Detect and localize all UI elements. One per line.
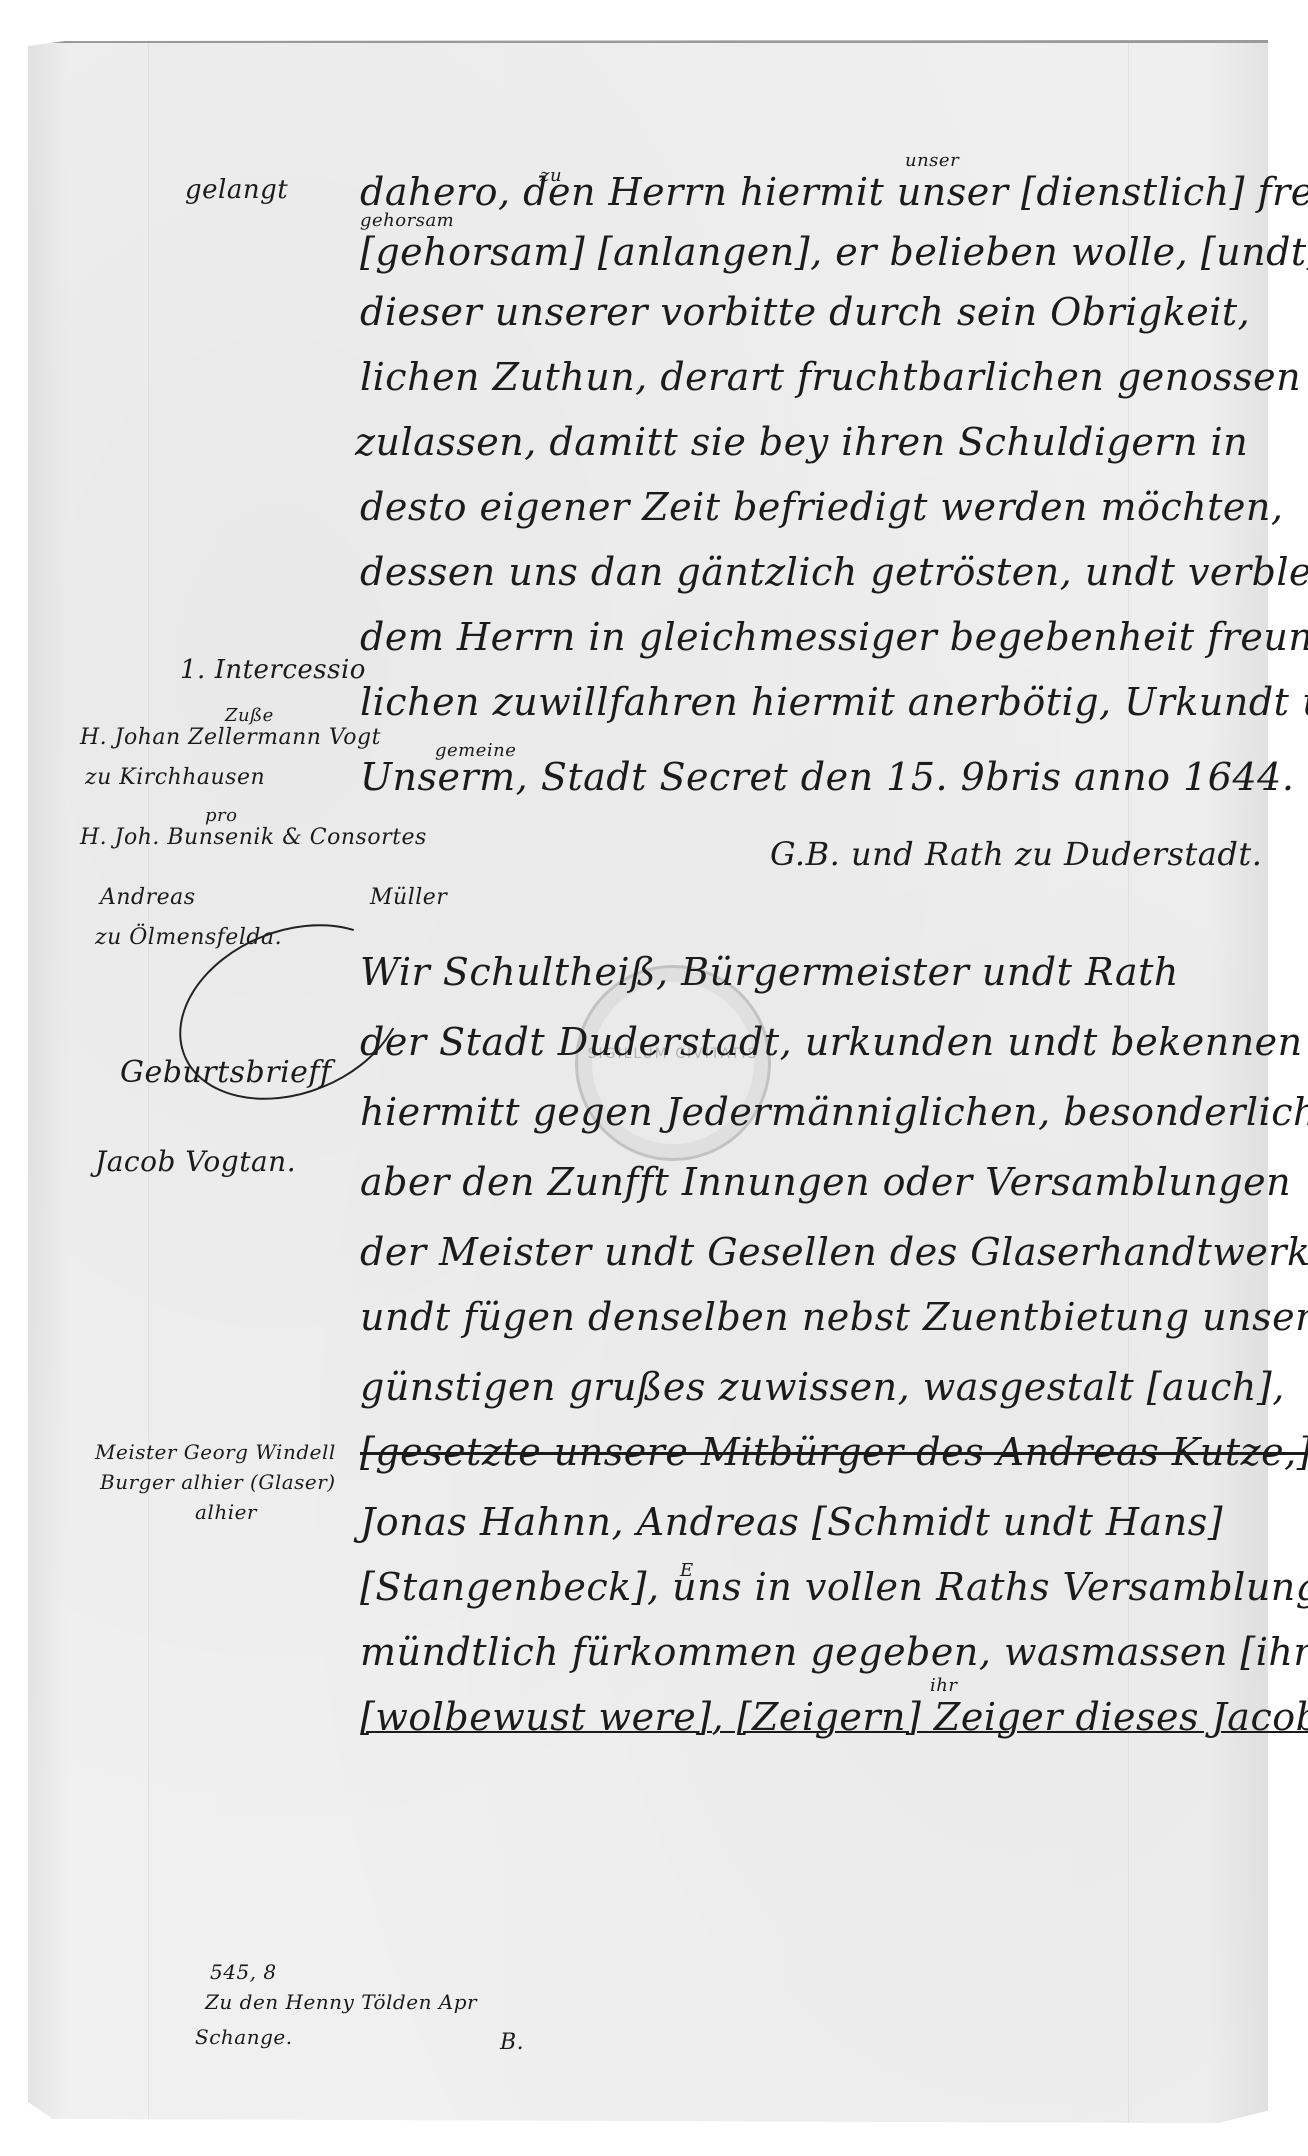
interlinear-insert: ihr — [930, 1675, 957, 1696]
text-line: [gehorsam] [anlangen], er belieben wolle… — [360, 230, 1308, 274]
text-line: mündtlich fürkommen gegeben, wasmassen [… — [360, 1630, 1308, 1674]
text-line: Unserm, Stadt Secret den 15. 9bris anno … — [360, 755, 1294, 799]
margin-note: Jacob Vogtan. — [95, 1145, 296, 1178]
text-line: dahero, den Herrn hiermit unser [dienstl… — [360, 170, 1308, 214]
text-line: dem Herrn in gleichmessiger begebenheit … — [360, 615, 1308, 659]
text-line-struck: [gesetzte unsere Mitbürger des Andreas K… — [360, 1430, 1308, 1474]
signature-line: G.B. und Rath zu Duderstadt. — [770, 835, 1262, 873]
margin-note: gelangt — [185, 175, 288, 205]
margin-note: Andreas — [100, 885, 196, 910]
margin-note: Burger alhier (Glaser) — [100, 1470, 336, 1494]
text-line: [Stangenbeck], uns in vollen Raths Versa… — [360, 1565, 1308, 1609]
text-line: Wir Schultheiß, Bürgermeister undt Rath — [360, 950, 1179, 994]
text-line: zulassen, damitt sie bey ihren Schuldige… — [355, 420, 1248, 464]
text-line: lichen zuwillfahren hiermit anerbötig, U… — [360, 680, 1308, 724]
footer-note: 545, 8 — [210, 1960, 277, 1984]
margin-note: Müller — [370, 885, 447, 910]
text-line: dessen uns dan gäntzlich getrösten, undt… — [360, 550, 1308, 594]
text-line: undt fügen denselben nebst Zuentbietung … — [360, 1295, 1308, 1339]
text-line: Jonas Hahnn, Andreas [Schmidt undt Hans] — [360, 1500, 1223, 1544]
footer-mark: B. — [500, 2030, 524, 2055]
text-line: desto eigener Zeit befriedigt werden möc… — [360, 485, 1283, 529]
text-line: hiermitt gegen Jedermänniglichen, besond… — [360, 1090, 1308, 1134]
text-line: lichen Zuthun, derart fruchtbarlichen ge… — [360, 355, 1301, 399]
text-line: der Meister undt Gesellen des Glaserhand… — [360, 1230, 1308, 1274]
text-line: günstigen grußes zuwissen, wasgestalt [a… — [360, 1365, 1285, 1409]
margin-note: Zuße — [225, 705, 274, 726]
text-line: dieser unserer vorbitte durch sein Obrig… — [360, 290, 1250, 334]
interlinear-insert: unser — [905, 150, 959, 171]
margin-note: alhier — [195, 1500, 257, 1524]
margin-note: zu Kirchhausen — [85, 765, 265, 790]
text-line: aber den Zunfft Innungen oder Versamblun… — [360, 1160, 1291, 1204]
footer-note: Schange. — [195, 2025, 293, 2049]
footer-note: Zu den Henny Tölden Apr — [205, 1990, 477, 2014]
text-line: der Stadt Duderstadt, urkunden undt beke… — [360, 1020, 1303, 1064]
margin-note: H. Joh. Bunsenik & Consortes — [80, 825, 427, 850]
margin-note: Geburtsbrieff — [120, 1055, 332, 1090]
margin-note: H. Johan Zellermann Vogt — [80, 725, 381, 750]
margin-note: Meister Georg Windell — [95, 1440, 336, 1464]
text-line: [wolbewust were], [Zeigern] Zeiger diese… — [360, 1695, 1308, 1739]
margin-note: 1. Intercessio — [180, 655, 366, 685]
margin-note: pro — [205, 805, 237, 826]
